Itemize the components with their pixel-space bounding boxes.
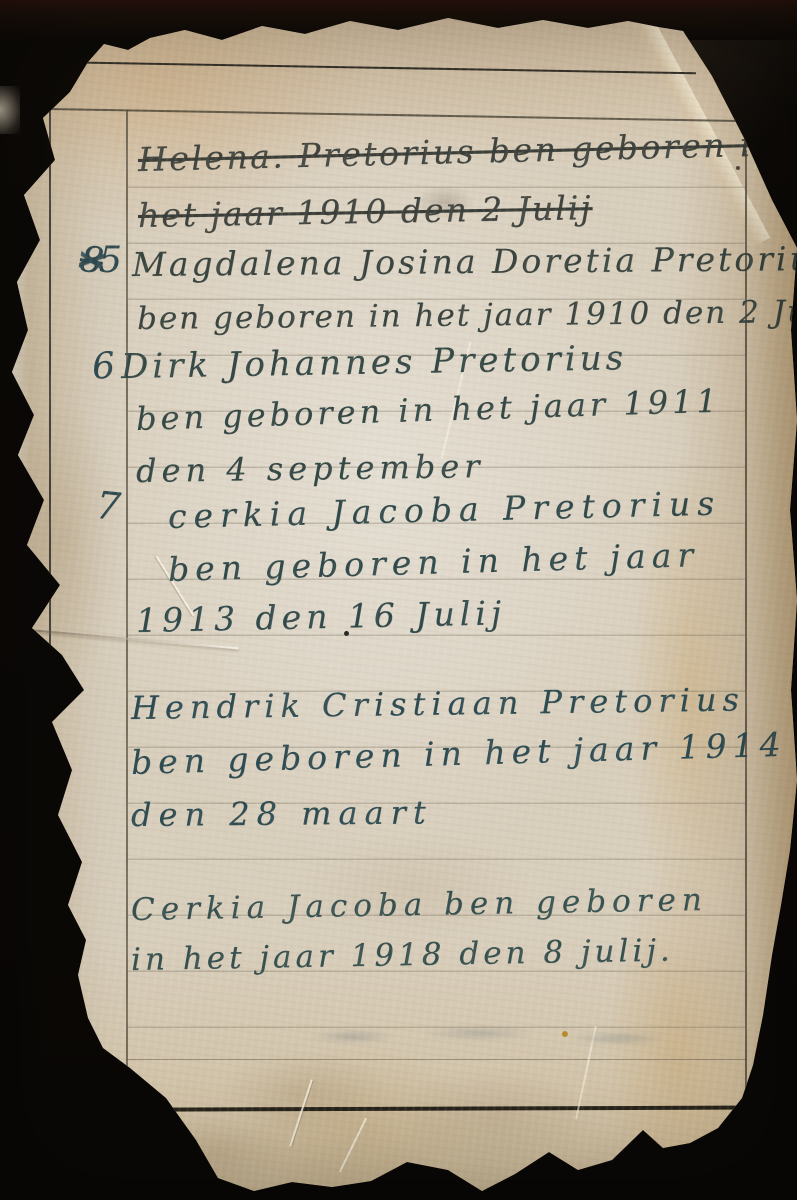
margin-entry-number-6: 6 (91, 345, 117, 387)
photograph-of-register-page: 85 6 7 Helena. Pretorius ben geboren in … (0, 0, 797, 1200)
ink-showthrough (290, 1018, 710, 1052)
frame-bottom-line (47, 1106, 759, 1112)
margin-entry-number-7: 7 (94, 483, 123, 529)
register-line: den 28 maart (131, 793, 433, 834)
register-line: ben geboren in het jaar 1910 den 2 Julij (137, 294, 797, 337)
frame-top-line (48, 61, 696, 75)
register-line: Magdalena Josina Doretia Pretorius (132, 239, 797, 284)
margin-entry-number-5: 85 (80, 240, 122, 281)
register-line: 1913 den 16 Julij (136, 593, 507, 640)
torn-register-page: 85 6 7 Helena. Pretorius ben geboren in … (0, 0, 797, 1200)
torn-edge-highlight-left (0, 0, 110, 1200)
register-line-crossed-out: het jaar 1910 den 2 Julij (138, 188, 593, 235)
ink-spot (736, 166, 740, 170)
register-line: den 4 september (136, 447, 485, 490)
paper-crack (339, 1118, 367, 1173)
paper-crack (289, 1079, 313, 1146)
frame-header-line (48, 108, 768, 122)
frame-left-line (49, 61, 51, 1110)
backdrop-light-sliver (0, 86, 20, 134)
